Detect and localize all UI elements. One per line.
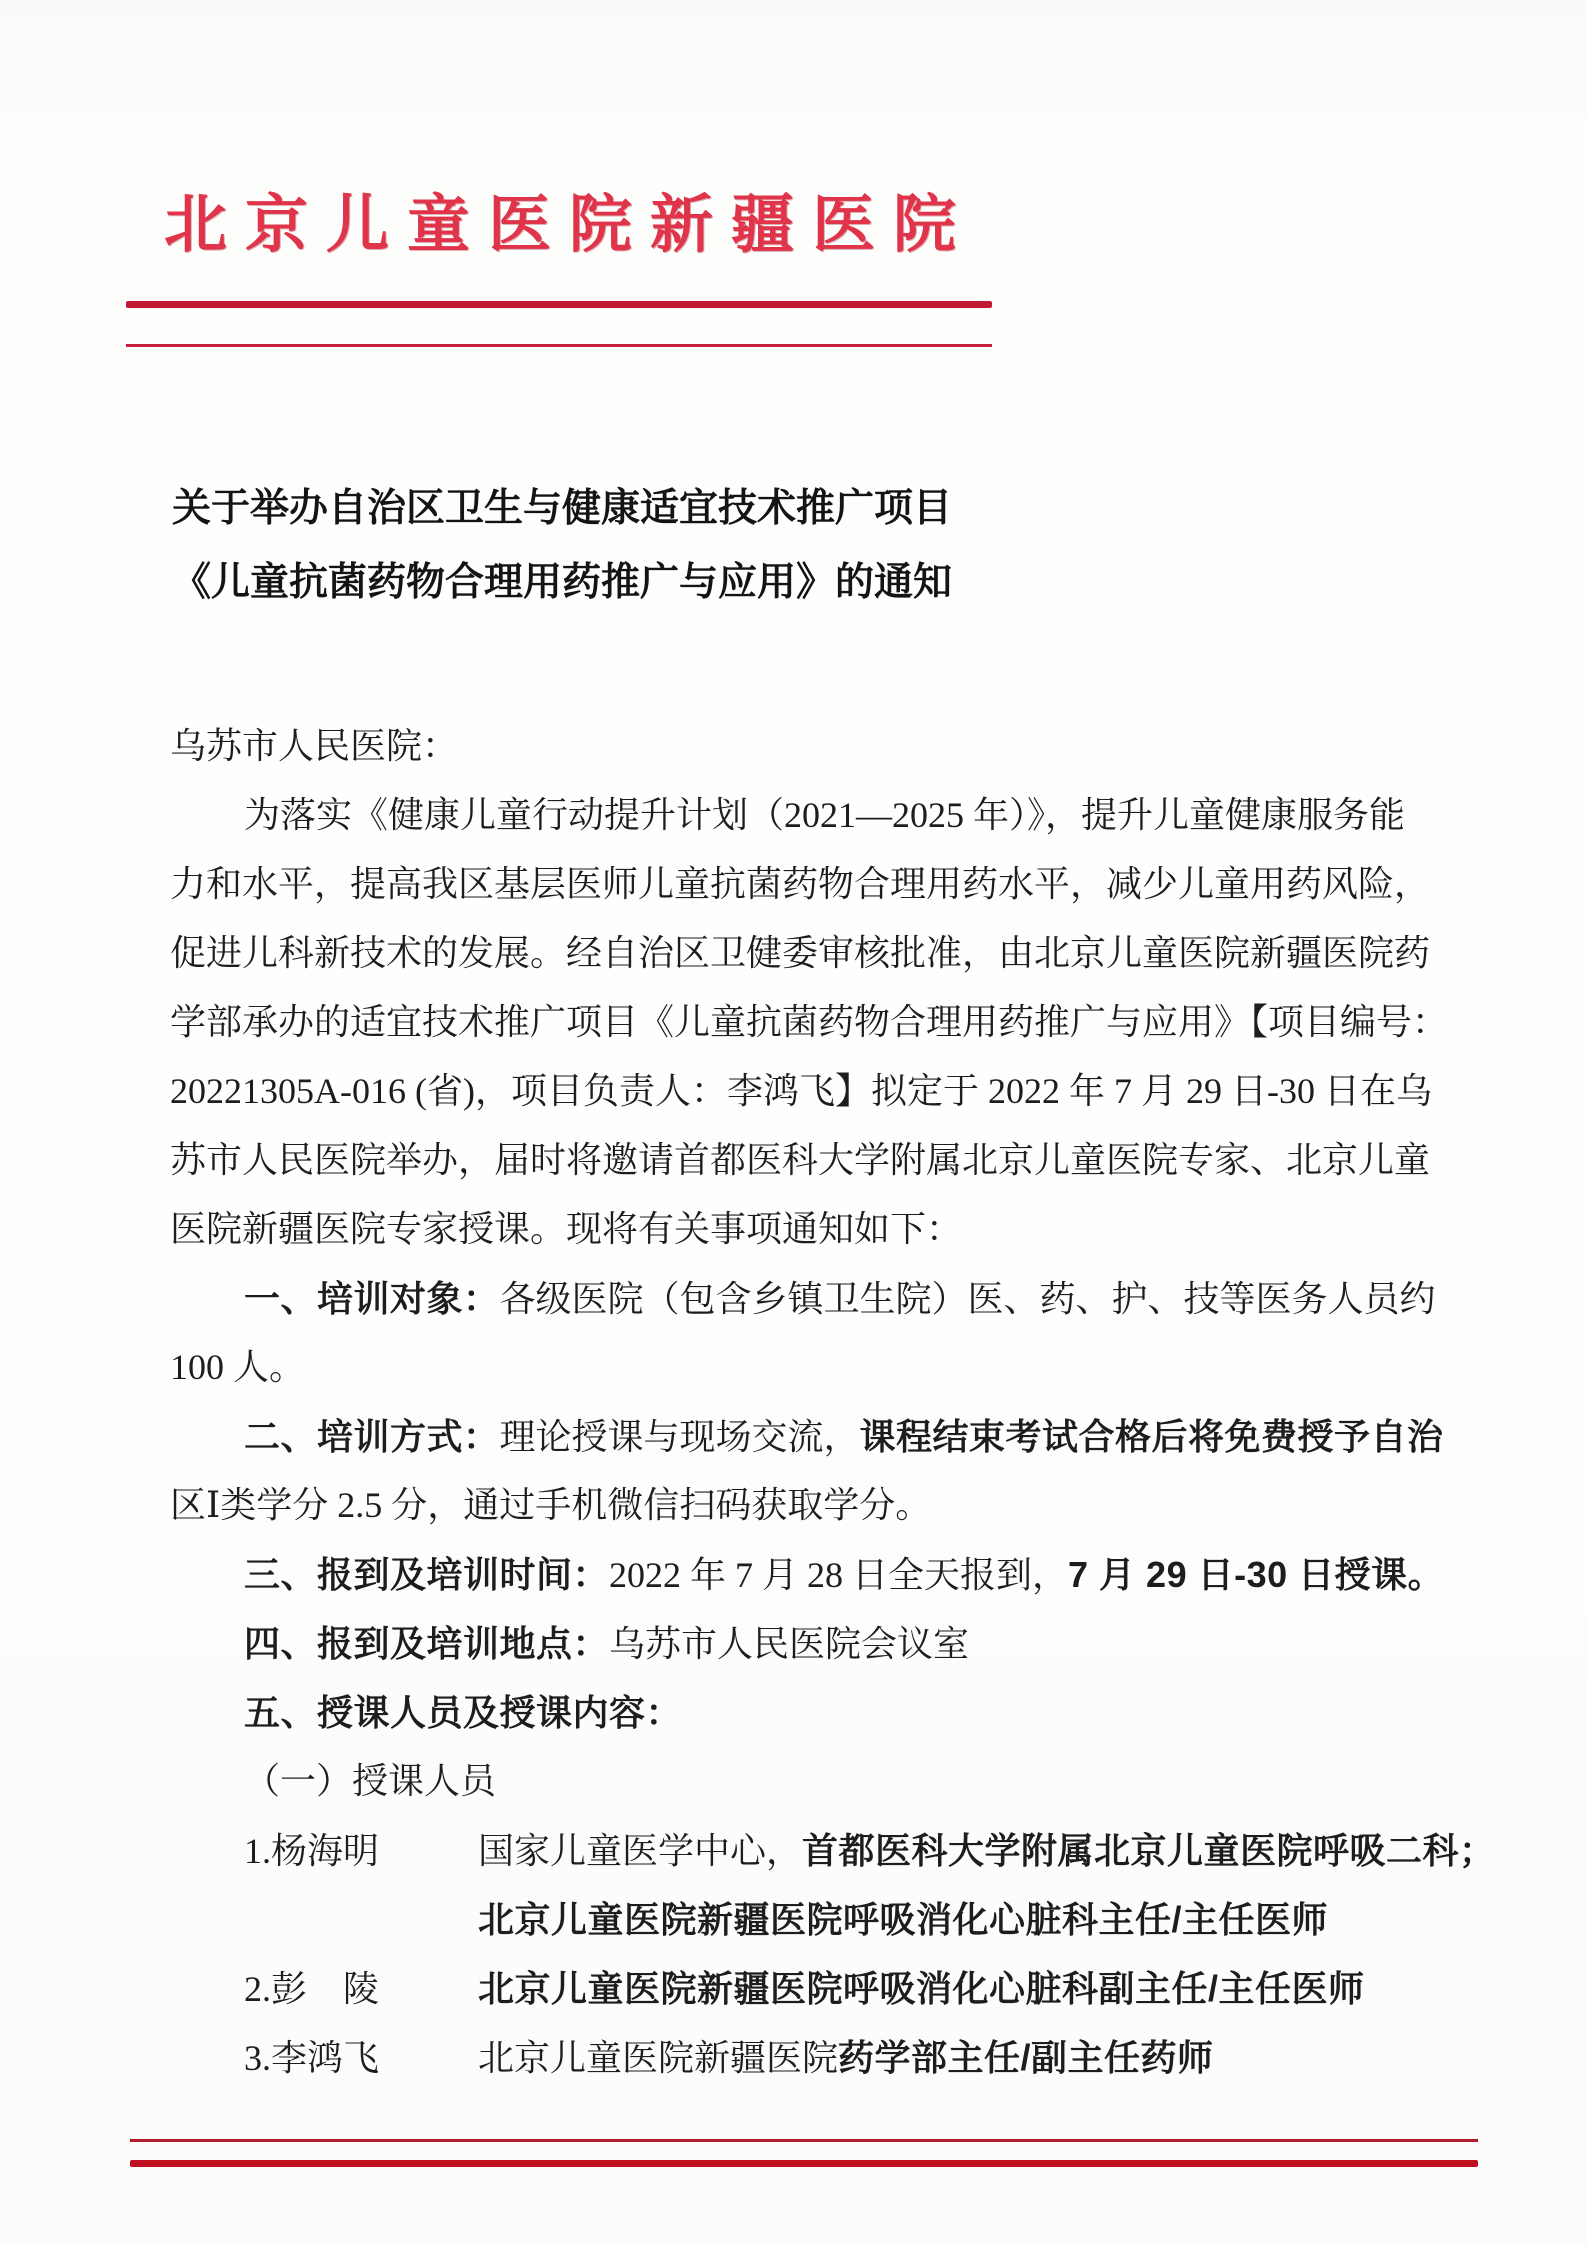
lecturer-2-name: 2.彭 陵 <box>244 1955 478 2024</box>
item-5-head: 五、授课人员及授课内容： <box>244 1692 682 1733</box>
paragraph-line: 医院新疆医院专家授课。现将有关事项通知如下： <box>170 1195 1440 1264</box>
letterhead-rule-thin <box>126 344 992 347</box>
item-2-head: 二、培训方式： <box>244 1416 500 1457</box>
document-title-line2: 《儿童抗菌药物合理用药推广与应用》的通知 <box>0 546 1124 620</box>
lecturer-2-title: 北京儿童医院新疆医院呼吸消化心脏科副主任/主任医师 <box>478 1968 1365 2009</box>
lecturer-1-affiliation: 国家儿童医学中心， <box>478 1831 802 1871</box>
footer-rule-thick <box>130 2160 1478 2167</box>
item-2-training-method: 二、培训方式：理论授课与现场交流，课程结束考试合格后将免费授予自治 <box>170 1402 1440 1471</box>
document-page: 北京儿童医院新疆医院 关于举办自治区卫生与健康适宜技术推广项目 《儿童抗菌药物合… <box>0 0 1586 2245</box>
lecturer-row-3: 3.李鸿飞北京儿童医院新疆医院药学部主任/副主任药师 <box>170 2023 1440 2092</box>
item-3-registration-time: 三、报到及培训时间：2022 年 7 月 28 日全天报到，7 月 29 日-3… <box>170 1540 1440 1609</box>
item-4-registration-place: 四、报到及培训地点：乌苏市人民医院会议室 <box>170 1609 1440 1678</box>
paragraph-line: 20221305A-016 (省)，项目负责人：李鸿飞】拟定于 2022 年 7… <box>170 1057 1440 1126</box>
notice-body: 乌苏市人民医院： 为落实《健康儿童行动提升计划（2021—2025 年）》，提升… <box>170 712 1440 2092</box>
paragraph-line: 促进儿科新技术的发展。经自治区卫健委审核批准，由北京儿童医院新疆医院药 <box>170 919 1440 988</box>
item-3-text: 2022 年 7 月 28 日全天报到， <box>609 1555 1068 1595</box>
item-3-bold-text: 7 月 29 日-30 日授课。 <box>1068 1554 1444 1595</box>
lecturer-row-1: 1.杨海明国家儿童医学中心，首都医科大学附属北京儿童医院呼吸二科； <box>170 1816 1440 1885</box>
paragraph-line: 学部承办的适宜技术推广项目《儿童抗菌药物合理用药推广与应用》【项目编号： <box>170 988 1440 1057</box>
lecturer-1-title: 首都医科大学附属北京儿童医院呼吸二科； <box>802 1830 1496 1871</box>
item-2-bold-text: 课程结束考试合格后将免费授予自治 <box>860 1416 1444 1457</box>
document-title-line1: 关于举办自治区卫生与健康适宜技术推广项目 <box>0 472 1124 546</box>
item-1-head: 一、培训对象： <box>244 1278 500 1319</box>
item-2-text: 理论授课与现场交流， <box>500 1417 860 1457</box>
paragraph-line: 为落实《健康儿童行动提升计划（2021—2025 年）》，提升儿童健康服务能 <box>170 781 1440 850</box>
lecturer-row-1-continuation: 北京儿童医院新疆医院呼吸消化心脏科主任/主任医师 <box>170 1885 1440 1954</box>
paragraph-line: 苏市人民医院举办，届时将邀请首都医科大学附属北京儿童医院专家、北京儿童 <box>170 1126 1440 1195</box>
lecturer-1-name: 1.杨海明 <box>244 1817 478 1886</box>
salutation: 乌苏市人民医院： <box>170 712 1440 781</box>
letterhead-hospital-name: 北京儿童医院新疆医院 <box>128 174 992 265</box>
lecturer-row-2: 2.彭 陵北京儿童医院新疆医院呼吸消化心脏科副主任/主任医师 <box>170 1954 1440 2023</box>
letterhead-rule-thick <box>126 301 992 308</box>
item-1-training-target: 一、培训对象：各级医院（包含乡镇卫生院）医、药、护、技等医务人员约 <box>170 1264 1440 1333</box>
item-4-text: 乌苏市人民医院会议室 <box>609 1624 969 1664</box>
item-3-head: 三、报到及培训时间： <box>244 1554 609 1595</box>
item-5-lecturers-heading: 五、授课人员及授课内容： <box>170 1678 1440 1747</box>
document-title: 关于举办自治区卫生与健康适宜技术推广项目 《儿童抗菌药物合理用药推广与应用》的通… <box>0 472 1124 620</box>
subsection-lecturers: （一）授课人员 <box>170 1747 1440 1816</box>
footer-rule-thin <box>130 2139 1478 2142</box>
item-1-continuation: 100 人。 <box>170 1333 1440 1402</box>
lecturer-3-name: 3.李鸿飞 <box>244 2024 478 2093</box>
lecturer-3-title: 药学部主任/副主任药师 <box>838 2037 1214 2078</box>
paragraph-line: 力和水平，提高我区基层医师儿童抗菌药物合理用药水平，减少儿童用药风险， <box>170 850 1440 919</box>
item-4-head: 四、报到及培训地点： <box>244 1623 609 1664</box>
item-2-continuation: 区Ⅰ类学分 2.5 分，通过手机微信扫码获取学分。 <box>170 1471 1440 1540</box>
lecturer-3-affiliation: 北京儿童医院新疆医院 <box>478 2038 838 2078</box>
item-1-text: 各级医院（包含乡镇卫生院）医、药、护、技等医务人员约 <box>500 1279 1436 1319</box>
lecturer-1-title-line2: 北京儿童医院新疆医院呼吸消化心脏科主任/主任医师 <box>478 1899 1328 1940</box>
